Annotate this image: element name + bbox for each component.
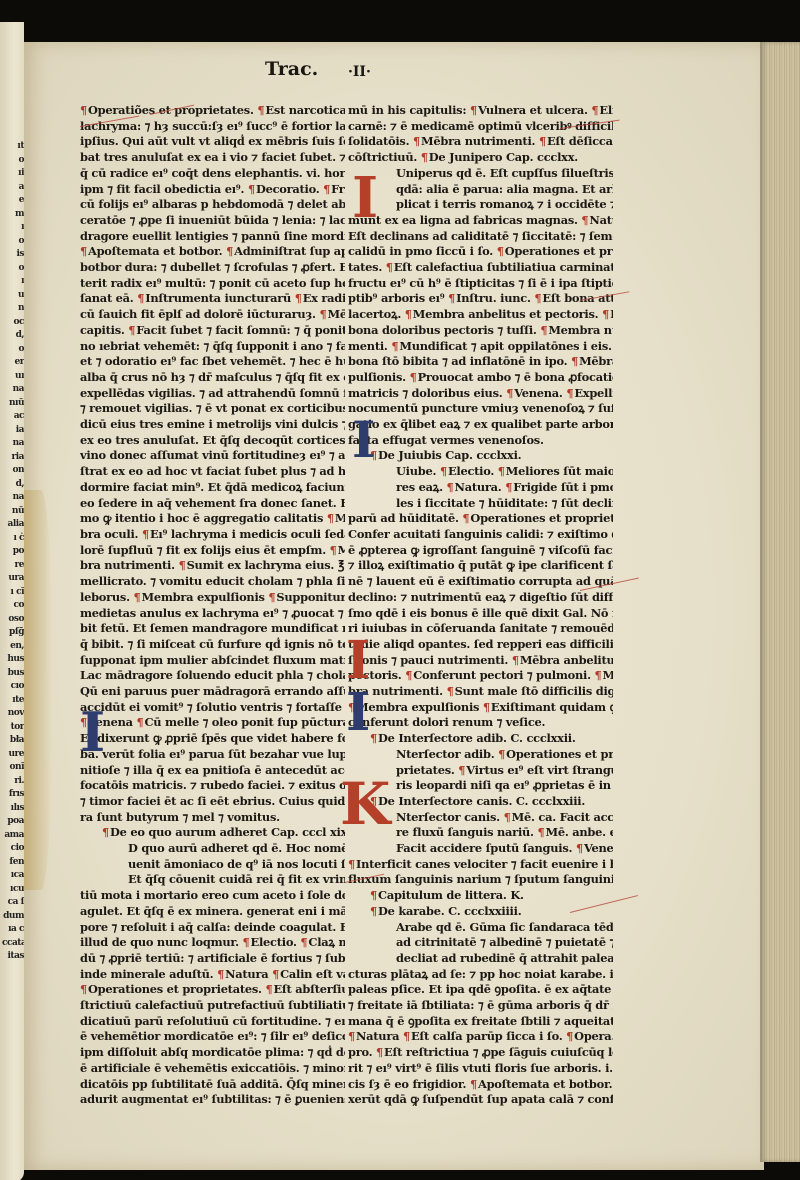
line-text: parū ad hūiditatē. ¶Operationes et propr…: [348, 511, 613, 525]
text-line: ex eo tres anuluſat. Et q̄ſq decoqūt cor…: [80, 433, 345, 449]
pilcrow-icon: ¶: [295, 291, 302, 305]
fragment-text: nŭ: [2, 505, 24, 519]
pilcrow-icon: ¶: [391, 339, 398, 353]
line-text: dicatiuū parū reſolutiuū cū fortitudine.…: [80, 1014, 345, 1028]
text-line: bona doloribus pectoris ⁊ tuſſi. ¶Membra…: [348, 323, 613, 339]
line-text: pectoris. ¶Conferunt pectori ⁊ pulmoni. …: [348, 668, 613, 682]
running-head-title: Trac.: [265, 58, 318, 80]
line-text: De karabe. C. ccclxxiiii.: [378, 904, 521, 918]
line-text: fructu eı⁹ cū h⁹ ē ſtipticitas ⁊ ſi ē i …: [348, 276, 613, 290]
fragment-text: ıa c: [2, 923, 24, 937]
line-text: dicatōis pp ſubtilitatē ſuā additā. Q̄ſq…: [80, 1077, 345, 1091]
line-text: Confer acuitati ſanguinis calidi: ⁊ exiſ…: [348, 527, 613, 541]
fragment-text: na: [2, 383, 24, 397]
text-line: ⁊ timor faciei ēt ac ſi eēt ebrius. Cuiu…: [80, 794, 345, 810]
line-text: q̄ cū radice eı⁹ coq̄t dens elephantis. …: [80, 166, 345, 180]
fragment-text: on: [2, 464, 24, 478]
pilcrow-icon: ¶: [370, 731, 377, 745]
pilcrow-icon: ¶: [102, 825, 109, 839]
chapter-heading: ¶De eo quo aurum adheret Cap. cccl xix.: [80, 825, 345, 841]
pilcrow-icon: ¶: [330, 543, 337, 557]
line-text: alba q̄ crus nō hȝ ⁊ dr̄ maſculus ⁊ q̄ſq…: [80, 370, 345, 384]
pilcrow-icon: ¶: [348, 1029, 355, 1043]
line-text: ſupponat ipm mulier abſcindet fluxum mat…: [80, 653, 345, 667]
line-text: tudie aliqd opantes. ſed repperi eas dif…: [348, 637, 613, 651]
fragment-text: d,: [2, 478, 24, 492]
line-text: ex eo tres anuluſat. Et q̄ſq decoqūt cor…: [80, 433, 345, 447]
pilcrow-icon: ¶: [462, 511, 469, 525]
pilcrow-icon: ¶: [506, 386, 513, 400]
fragment-text: onĭ: [2, 761, 24, 775]
line-text: nocumentū puncture vmiuȝ venenoſoꝝ ⁊ ſuf…: [348, 401, 613, 415]
line-text: lorē ſupfluū ⁊ fit ex folijs eius ēt emp…: [80, 543, 345, 557]
line-text: bit fetū. Et ſemen mandragore mundificat…: [80, 621, 345, 635]
initial-k-red-karabe: K: [340, 770, 390, 838]
left-page-text-fragments: ıtoıiaemıoisoıunocd,oeruınanıŭacianariao…: [2, 140, 24, 964]
fragment-text: co: [2, 599, 24, 613]
initial-i-blue-aurum: I: [80, 700, 105, 764]
text-line: xerūt qdā ꝙ ſuſpendūt ſup apata calā ⁊ c…: [348, 1092, 613, 1108]
pilcrow-icon: ¶: [497, 244, 504, 258]
text-line: facta effugat vermes venenoſos.: [348, 433, 613, 449]
text-line: Et q̄ſq cōuenit cuidā rei q̄ fit ex vrin…: [80, 872, 345, 888]
text-line: Nterſector adib. ¶Operationes et pro: [348, 747, 613, 763]
pilcrow-icon: ¶: [128, 323, 135, 337]
text-line: Arabe qd ē. Gūma ſic ſandaraca tēdens: [348, 920, 613, 936]
folio-number: ·II·: [348, 64, 371, 80]
fragment-text: ac: [2, 410, 24, 424]
text-line: Uniperus qd ē. Eſt cupſſus ſilueſtris ⁊ …: [348, 166, 613, 182]
fragment-text: ri.: [2, 775, 24, 789]
pilcrow-icon: ¶: [142, 527, 149, 541]
line-text: ſanat eā. ¶Inſtrumenta iuncturarū ¶Ex ra…: [80, 291, 345, 305]
line-text: Lac mādragore ſoluendo educit phla ⁊ cho…: [80, 668, 345, 682]
text-line: ⁊ freitate iā ſbtiliata: ⁊ ē gūma arbori…: [348, 998, 613, 1014]
line-text: bra oculi. ¶Eı⁹ lachryma i medicis oculi…: [80, 527, 345, 541]
line-text: rit ⁊ eı⁹ virt⁹ ē ſilis vtuti floris ſue…: [348, 1061, 613, 1075]
fragment-text: tor: [2, 721, 24, 735]
pilcrow-icon: ¶: [458, 763, 465, 777]
pilcrow-icon: ¶: [539, 134, 546, 148]
fragment-text: uı: [2, 370, 24, 384]
line-text: De eo quo aurum adheret Cap. cccl xix.: [110, 825, 345, 839]
fragment-text: a: [2, 181, 24, 195]
text-line: Et dixerunt ꝙ ꝓpriē ſpēs que videt haber…: [80, 731, 345, 747]
line-text: xerūt qdā ꝙ ſuſpendūt ſup apata calā ⁊ c…: [348, 1092, 613, 1106]
text-line: q̄ cū radice eı⁹ coq̄t dens elephantis. …: [80, 166, 345, 182]
book-page-edges: [760, 42, 800, 1162]
pilcrow-icon: ¶: [470, 1077, 477, 1091]
text-line: nitioſe ⁊ illa q̄ ex ea pnitioſa ē antec…: [80, 763, 345, 779]
line-text: matricis ⁊ doloribus eius. ¶Venena. ¶Exp…: [348, 386, 613, 400]
text-line: mellicrato. ⁊ vomitu educit cholam ⁊ phl…: [80, 574, 345, 590]
line-text: ⁊ remouet vigilias. ⁊ ē vt ponat ex cort…: [80, 401, 345, 415]
pilcrow-icon: ¶: [226, 244, 233, 258]
fragment-text: alia: [2, 518, 24, 532]
text-line: ē artificiale ē vehemētis exiccatiōis. ⁊…: [80, 1061, 345, 1077]
line-text: Nterſector canis. ¶Mē. ca. Facit accide: [396, 810, 613, 824]
text-line: leborus. ¶Membra expulſionis ¶Supponitur: [80, 590, 345, 606]
text-line: Facit accidere ſputū ſanguis. ¶Venena.: [348, 841, 613, 857]
fragment-text: cıo: [2, 680, 24, 694]
initial-i-blue-intersector-canis: I: [346, 682, 370, 743]
text-line: calidū in pmo ſiccū i ſo. ¶Operationes e…: [348, 244, 613, 260]
text-line: ¶Operationes et proprietates. ¶Eſt abſte…: [80, 982, 345, 998]
line-text: prietates. ¶Virtus eı⁹ eſt virt ſtrangul…: [396, 763, 613, 777]
text-line: inde minerale aduſtū. ¶Natura ¶Calin eſt…: [80, 967, 345, 983]
pilcrow-icon: ¶: [421, 150, 428, 164]
fragment-text: ı: [2, 275, 24, 289]
text-line: eo ſedere in aq̄ vehement ſra donec ſane…: [80, 496, 345, 512]
line-text: cū ſauich fit ēplſ ad dolorē iūcturaruȝ.…: [80, 307, 345, 321]
text-line: pro. ¶Eſt reſtrictiua ⁊ ꝓpe ſāguis cuiuſ…: [348, 1045, 613, 1061]
line-text: paleas pſice. Et ipa qdē ꝯpoſita. ē ex a…: [348, 982, 613, 996]
line-text: q̄ bibit. ⁊ ſi miſceat cū furfure qḋ ign…: [80, 637, 345, 651]
line-text: cū folijs eı⁹ albaras p hebdomodā ⁊ dele…: [80, 197, 345, 211]
fragment-text: poa: [2, 815, 24, 829]
line-text: ſtionis ⁊ pauci nutrimenti. ¶Mēbra anbel…: [348, 653, 613, 667]
text-line: cū ſauich fit ēplſ ad dolorē iūcturaruȝ.…: [80, 307, 345, 323]
line-text: Operatiões et proprietates. ¶Est narcoti…: [88, 103, 345, 117]
pilcrow-icon: ¶: [413, 134, 420, 148]
text-line: bat tres anuluſat ex ea i vio ⁊ faciet ſ…: [80, 150, 345, 166]
fragment-text: e: [2, 194, 24, 208]
pilcrow-icon: ¶: [370, 904, 377, 918]
pilcrow-icon: ¶: [243, 935, 250, 949]
line-text: conferunt dolori renum ⁊ veſice.: [348, 715, 545, 729]
text-line: qdā: alia ē parua: alia magna. Et arbor …: [348, 182, 613, 198]
fragment-text: ı: [2, 221, 24, 235]
line-text: pulſionis. ¶Prouocat ambo ⁊ ē bona ꝓfoca…: [348, 370, 613, 384]
line-text: ſolidatōis. ¶Mēbra nutrimenti. ¶Eſt dēſi…: [348, 134, 613, 148]
fragment-text: d,: [2, 329, 24, 343]
pilcrow-icon: ¶: [265, 982, 272, 996]
line-text: bra nutrimenti. ¶Sumit ex lachryma eius.…: [80, 558, 345, 572]
fragment-text: nov: [2, 707, 24, 721]
line-text: ē vehemētior mordicatōe eı⁹: ⁊ ſilr eı⁹ …: [80, 1029, 345, 1043]
pilcrow-icon: ¶: [300, 935, 307, 949]
line-text: lachryma: ⁊ hȝ succū:ſȝ eı⁹ ſucc⁹ ē fort…: [80, 119, 345, 133]
text-line: bona ſtō bibita ⁊ ad inflatōnē in ipo. ¶…: [348, 354, 613, 370]
text-line: ſmo qdē i eis bonus ē ille quē dixit Gal…: [348, 606, 613, 622]
text-line: nē ⁊ lauent eū ē exiſtimatio corrupta ad…: [348, 574, 613, 590]
text-line: D quo aurū adheret qd ē. Hoc nomē cō: [80, 841, 345, 857]
text-line: ¶Venena ¶Cū melle ⁊ oleo ponit ſup pūctu…: [80, 715, 345, 731]
text-line: ipm diſſoluit abſq mordicatōe plima: ⁊ q…: [80, 1045, 345, 1061]
line-text: ⁊ illoꝝ exiſtimatio q̄ putāt ꝙ ipe clari…: [348, 558, 613, 572]
text-line: cis ſȝ ē eo frigidior. ¶Apoſtemata et bo…: [348, 1077, 613, 1093]
text-line: ipm ⁊ fit facil obedictia eı⁹. ¶Decorati…: [80, 182, 345, 198]
initial-i-blue-iuiube: I: [352, 410, 375, 469]
pilcrow-icon: ¶: [602, 307, 609, 321]
fragment-text: o: [2, 343, 24, 357]
line-text: res eaꝝ. ¶Natura. ¶Frigide ſūt i pmo eq̄: [396, 480, 613, 494]
line-text: declino: ⁊ nutrimentū eaꝝ ⁊ digeſtio ſūt…: [348, 590, 613, 604]
text-line: cturas plātaꝝ ad ſe: ⁊ pp hoc noiat kara…: [348, 967, 613, 983]
pilcrow-icon: ¶: [447, 480, 454, 494]
fragment-text: pſḡ: [2, 626, 24, 640]
line-text: expellēdas vigilias. ⁊ ad attrahendū ſom…: [80, 386, 345, 400]
line-text: cturas plātaꝝ ad ſe: ⁊ pp hoc noiat kara…: [348, 967, 613, 981]
pilcrow-icon: ¶: [566, 386, 573, 400]
line-text: terit radix eı⁹ multū: ⁊ ponit cū aceto …: [80, 276, 345, 290]
text-line: bit fetū. Et ſemen mandragore mundificat…: [80, 621, 345, 637]
pilcrow-icon: ¶: [134, 590, 141, 604]
line-text: cōſtrictiuū. ¶De Junipero Cap. ccclxx.: [348, 150, 578, 164]
line-text: ipm diſſoluit abſq mordicatōe plima: ⁊ q…: [80, 1045, 345, 1059]
line-text: Interficit canes velociter ⁊ facit eueni…: [356, 857, 613, 871]
text-line: ſupponat ipm mulier abſcindet fluxum mat…: [80, 653, 345, 669]
line-text: vino donec aſſumat vinū fortitudineȝ eı⁹…: [80, 448, 345, 462]
line-text: accidūt ei vomit⁹ ⁊ ſolutio ventris ⁊ fo…: [80, 700, 345, 714]
text-line: bra nutrimenti. ¶Sunt male ſtō difficili…: [348, 684, 613, 700]
line-text: capitis. ¶Facit ſubet ⁊ facit ſomnū: ⁊ q…: [80, 323, 345, 337]
line-text: facta effugat vermes venenoſos.: [348, 433, 544, 447]
text-line: declino: ⁊ nutrimentū eaꝝ ⁊ digeſtio ſūt…: [348, 590, 613, 606]
text-column-right: mū in his capitulis: ¶Vulnera et ulcera.…: [348, 103, 613, 1108]
text-line: lorē ſupfluū ⁊ fit ex folijs eius ēt emp…: [80, 543, 345, 559]
line-text: calidū in pmo ſiccū i ſo. ¶Operationes e…: [348, 244, 613, 258]
line-text: ſtrictiuū calefactiuū putrefactiuū ſubti…: [80, 998, 345, 1012]
text-line: pulſionis. ¶Prouocat ambo ⁊ ē bona ꝓfoca…: [348, 370, 613, 386]
text-line: ipſius. Qui aūt vult vt aliqḋ ex mēbris …: [80, 134, 345, 150]
pilcrow-icon: ¶: [483, 700, 490, 714]
pilcrow-icon: ¶: [136, 715, 143, 729]
pilcrow-icon: ¶: [327, 511, 334, 525]
pilcrow-icon: ¶: [405, 307, 412, 321]
line-text: uenit āmoniaco de q⁹ iā nos locuti ſuim⁹…: [128, 857, 345, 871]
text-line: q̄ bibit. ⁊ ſi miſceat cū furfure qḋ ign…: [80, 637, 345, 653]
text-line: ¶Apoſtemata et botbor. ¶Adminiſtrat ſup …: [80, 244, 345, 260]
fragment-text: re: [2, 559, 24, 573]
line-text: tates. ¶Eſt calefactiua ſubtiliatiua car…: [348, 260, 613, 274]
line-text: Qū eni paruus puer mādragorā errando aſſ…: [80, 684, 345, 698]
fragment-text: nıŭ: [2, 397, 24, 411]
fragment-text: hus: [2, 653, 24, 667]
line-text: dormire faciat min⁹. Et q̄dā medicoꝝ fac…: [80, 480, 345, 494]
pilcrow-icon: ¶: [248, 182, 255, 196]
text-line: ſtrat ex eo ad hoc vt faciat ſubet plus …: [80, 464, 345, 480]
text-line: bra oculi. ¶Eı⁹ lachryma i medicis oculi…: [80, 527, 345, 543]
line-text: mana q̄ ē ꝯpoſita ex freitate ſbtili ⁊ a…: [348, 1014, 613, 1028]
line-text: Arabe qd ē. Gūma ſic ſandaraca tēdens: [396, 920, 613, 934]
line-text: Operationes et proprietates. ¶Eſt abſter…: [88, 982, 345, 996]
line-text: ſtrat ex eo ad hoc vt faciat ſubet plus …: [80, 464, 345, 478]
fragment-text: ia: [2, 424, 24, 438]
line-text: bona ſtō bibita ⁊ ad inflatōnē in ipo. ¶…: [348, 354, 613, 368]
fragment-text: ı cĭ: [2, 586, 24, 600]
line-text: no ıebriat vehemēt: ⁊ q̄ſq ſupponit i an…: [80, 339, 345, 353]
text-line: ad citrinitatē ⁊ albedinē ⁊ puietatē ⁊ q…: [348, 935, 613, 951]
pilcrow-icon: ¶: [440, 464, 447, 478]
line-text: menti. ¶Mundificat ⁊ apit oppilatōnes i …: [348, 339, 613, 353]
line-text: ſmo qdē i eis bonus ē ille quē dixit Gal…: [348, 606, 613, 620]
line-text: ⁊ freitate iā ſbtiliata: ⁊ ē gūma arbori…: [348, 998, 613, 1012]
line-text: De Interſectore canis. C. ccclxxiii.: [378, 794, 585, 808]
text-line: mana q̄ ē ꝯpoſita ex freitate ſbtili ⁊ a…: [348, 1014, 613, 1030]
chapter-heading: ¶De Juiubis Cap. ccclxxi.: [348, 448, 613, 464]
line-text: Capitulum de littera. K.: [378, 888, 524, 902]
text-line: ſanat eā. ¶Inſtrumenta iuncturarū ¶Ex ra…: [80, 291, 345, 307]
pilcrow-icon: ¶: [571, 354, 578, 368]
line-text: focatōis matricis. ⁊ rubedo faciei. ⁊ ex…: [80, 778, 345, 792]
line-text: ipſius. Qui aūt vult vt aliqḋ ex mēbris …: [80, 134, 345, 148]
text-line: adurit augmentat eı⁹ ſubtilitas: ⁊ ē ꝑue…: [80, 1092, 345, 1108]
fragment-text: u: [2, 289, 24, 303]
pilcrow-icon: ¶: [403, 1029, 410, 1043]
line-text: ba. verūt folia eı⁹ parua ſūt bezahar vu…: [80, 747, 345, 761]
chapter-heading: ¶De Interſectore adib. C. ccclxxii.: [348, 731, 613, 747]
pilcrow-icon: ¶: [410, 370, 417, 384]
text-line: menti. ¶Mundificat ⁊ apit oppilatōnes i …: [348, 339, 613, 355]
text-line: ſolidatōis. ¶Mēbra nutrimenti. ¶Eſt dēſi…: [348, 134, 613, 150]
text-line: mo ꝙ itentio i hoc ē aggregatio calitati…: [80, 511, 345, 527]
line-text: Venena ¶Cū melle ⁊ oleo ponit ſup pūctur…: [88, 715, 345, 729]
line-text: munt ex ea ligna ad fabricas magnas. ¶Na…: [348, 213, 613, 227]
line-text: adurit augmentat eı⁹ ſubtilitas: ⁊ ē ꝑue…: [80, 1092, 345, 1106]
text-line: pectoris. ¶Conferunt pectori ⁊ pulmoni. …: [348, 668, 613, 684]
text-line: Eſt declinans ad caliditatē ⁊ ſiccitatē:…: [348, 229, 613, 245]
pilcrow-icon: ¶: [498, 747, 505, 761]
pilcrow-icon: ¶: [595, 668, 602, 682]
line-text: botbor dura: ⁊ dubellet ⁊ ſcrofulas ⁊ ꝓf…: [80, 260, 345, 274]
pilcrow-icon: ¶: [504, 810, 511, 824]
fragment-text: frıs: [2, 788, 24, 802]
line-text: pore ⁊ reſoluit i aq̄ calſa: deinde coag…: [80, 920, 345, 934]
line-text: tiū mota i mortario ereo cum aceto i ſol…: [80, 888, 345, 902]
line-text: inde minerale aduſtū. ¶Natura ¶Calin eſt…: [80, 967, 345, 981]
text-line: focatōis matricis. ⁊ rubedo faciei. ⁊ ex…: [80, 778, 345, 794]
text-line: accidūt ei vomit⁹ ⁊ ſolutio ventris ⁊ fo…: [80, 700, 345, 716]
text-line: dragore euellit lentigies ⁊ pannū ſine m…: [80, 229, 345, 245]
line-text: ⁊ timor faciei ēt ac ſi eēt ebrius. Cuiu…: [80, 794, 345, 808]
line-text: ē ꝓpterea ꝙ igroſſant ſanguinē ⁊ viſcoſū…: [348, 543, 613, 557]
text-line: cōſtrictiuū. ¶De Junipero Cap. ccclxx.: [348, 150, 613, 166]
line-text: ptib⁹ arboris eı⁹ ¶Inſtru. iunc. ¶Eſt bo…: [348, 291, 613, 305]
text-line: dormire faciat min⁹. Et q̄dā medicoꝝ fac…: [80, 480, 345, 496]
fragment-text: ure: [2, 748, 24, 762]
line-text: Nterſector adib. ¶Operationes et pro: [396, 747, 613, 761]
pilcrow-icon: ¶: [498, 464, 505, 478]
text-line: lachryma: ⁊ hȝ succū:ſȝ eı⁹ ſucc⁹ ē fort…: [80, 119, 345, 135]
fragment-text: ca ſ: [2, 896, 24, 910]
text-line: ſtionis ⁊ pauci nutrimenti. ¶Mēbra anbel…: [348, 653, 613, 669]
fragment-text: fen: [2, 856, 24, 870]
pilcrow-icon: ¶: [448, 291, 455, 305]
pilcrow-icon: ¶: [470, 103, 477, 117]
pilcrow-icon: ¶: [257, 103, 264, 117]
fragment-text: ria: [2, 451, 24, 465]
line-text: De Juiubis Cap. ccclxxi.: [378, 448, 521, 462]
fragment-text: bła: [2, 734, 24, 748]
text-line: mū in his capitulis: ¶Vulnera et ulcera.…: [348, 103, 613, 119]
pilcrow-icon: ¶: [348, 857, 355, 871]
text-line: Qū eni paruus puer mādragorā errando aſſ…: [80, 684, 345, 700]
pilcrow-icon: ¶: [137, 291, 144, 305]
line-text: cis ſȝ ē eo frigidior. ¶Apoſtemata et bo…: [348, 1077, 613, 1091]
fragment-text: cio: [2, 842, 24, 856]
left-page-edge: ıtoıiaemıoisoıunocd,oeruınanıŭacianariao…: [0, 22, 24, 1180]
text-line: ¶Membra expulſionis ¶Exiſtimant quidam ꝙ: [348, 700, 613, 716]
fragment-text: ıte: [2, 694, 24, 708]
text-line: res eaꝝ. ¶Natura. ¶Frigide ſūt i pmo eq̄: [348, 480, 613, 496]
line-text: ceratōe ⁊ ꝓpe ſi inueniūt būida ⁊ lenia:…: [80, 213, 345, 227]
line-text: nitioſe ⁊ illa q̄ ex ea pnitioſa ē antec…: [80, 763, 345, 777]
text-line: ceratōe ⁊ ꝓpe ſi inueniūt būida ⁊ lenia:…: [80, 213, 345, 229]
pilcrow-icon: ¶: [512, 653, 519, 667]
text-line: et ⁊ odoratio eı⁹ fac ſbet vehemēt. ⁊ he…: [80, 354, 345, 370]
line-text: medietas anulus ex lachryma eı⁹ ⁊ ꝓuocat…: [80, 606, 345, 620]
line-text: dragore euellit lentigies ⁊ pannū ſine m…: [80, 229, 345, 243]
text-line: conferunt dolori renum ⁊ veſice.: [348, 715, 613, 731]
line-text: les i ſiccitate ⁊ hūiditate: ⁊ ſūt decli…: [396, 496, 613, 510]
pilcrow-icon: ¶: [534, 291, 541, 305]
pilcrow-icon: ¶: [405, 668, 412, 682]
line-text: nē ⁊ lauent eū ē exiſtimatio corrupta ad…: [348, 574, 613, 588]
line-text: bona doloribus pectoris ⁊ tuſſi. ¶Membra…: [348, 323, 613, 337]
pilcrow-icon: ¶: [319, 307, 326, 321]
fragment-text: oso: [2, 613, 24, 627]
text-line: dicatōis pp ſubtilitatē ſuā additā. Q̄ſq…: [80, 1077, 345, 1093]
line-text: Et q̄ſq cōuenit cuidā rei q̄ fit ex vrin…: [128, 872, 345, 886]
line-text: ri iuiubas in cōſeruanda ſanitate ⁊ remo…: [348, 621, 613, 635]
pilcrow-icon: ¶: [540, 323, 547, 337]
text-line: botbor dura: ⁊ dubellet ⁊ ſcrofulas ⁊ ꝓf…: [80, 260, 345, 276]
line-text: mo ꝙ itentio i hoc ē aggregatio calitati…: [80, 511, 345, 525]
pilcrow-icon: ¶: [576, 841, 583, 855]
pilcrow-icon: ¶: [505, 480, 512, 494]
text-line: ē ꝓpterea ꝙ igroſſant ſanguinē ⁊ viſcoſū…: [348, 543, 613, 559]
text-line: lacertoꝝ. ¶Membra anbelitus et pectoris.…: [348, 307, 613, 323]
text-line: plicat i terris romanoꝝ ⁊ i occidēte ⁊ a…: [348, 197, 613, 213]
text-line: no ıebriat vehemēt: ⁊ q̄ſq ſupponit i an…: [80, 339, 345, 355]
fragment-text: en,: [2, 640, 24, 654]
text-line: capitis. ¶Facit ſubet ⁊ facit ſomnū: ⁊ q…: [80, 323, 345, 339]
text-line: paleas pſice. Et ipa qdē ꝯpoſita. ē ex a…: [348, 982, 613, 998]
fragment-text: oc: [2, 316, 24, 330]
text-line: agulet. Et q̄ſq ē ex minera. generat eni…: [80, 904, 345, 920]
text-line: ptib⁹ arboris eı⁹ ¶Inſtru. iunc. ¶Eſt bo…: [348, 291, 613, 307]
pilcrow-icon: ¶: [581, 213, 588, 227]
pilcrow-icon: ¶: [272, 967, 279, 981]
line-text: pro. ¶Eſt reſtrictiua ⁊ ꝓpe ſāguis cuiuſ…: [348, 1045, 613, 1059]
pilcrow-icon: ¶: [376, 1045, 383, 1059]
text-line: alba q̄ crus nō hȝ ⁊ dr̄ maſculus ⁊ q̄ſq…: [80, 370, 345, 386]
line-text: et ⁊ odoratio eı⁹ fac ſbet vehemēt. ⁊ he…: [80, 354, 345, 368]
text-line: rit ⁊ eı⁹ virt⁹ ē ſilis vtuti floris ſue…: [348, 1061, 613, 1077]
text-line: ra ſunt butyrum ⁊ mel ⁊ vomitus.: [80, 810, 345, 826]
text-line: pore ⁊ reſoluit i aq̄ calſa: deinde coag…: [80, 920, 345, 936]
initial-i-red-juniperus: I: [352, 165, 378, 231]
line-text: Et dixerunt ꝙ ꝓpriē ſpēs que videt haber…: [80, 731, 345, 745]
line-text: leborus. ¶Membra expulſionis ¶Supponitur: [80, 590, 345, 604]
text-line: dicū eius tres emine i metrolijs vini du…: [80, 417, 345, 433]
pilcrow-icon: ¶: [268, 590, 275, 604]
fragment-text: ıcu: [2, 883, 24, 897]
line-text: bat tres anuluſat ex ea i vio ⁊ faciet ſ…: [80, 150, 345, 164]
text-line: munt ex ea ligna ad fabricas magnas. ¶Na…: [348, 213, 613, 229]
text-line: ſtrictiuū calefactiuū putrefactiuū ſubti…: [80, 998, 345, 1014]
line-text: re fluxū ſanguis nariū. ¶Mē. anbe. et pe…: [396, 825, 613, 839]
text-line: ¶Interficit canes velociter ⁊ facit euen…: [348, 857, 613, 873]
line-text: mellicrato. ⁊ vomitu educit cholam ⁊ phl…: [80, 574, 345, 588]
text-line: uenit āmoniaco de q⁹ iā nos locuti ſuim⁹…: [80, 857, 345, 873]
fragment-text: na: [2, 491, 24, 505]
text-line: ⁊ illoꝝ exiſtimatio q̄ putāt ꝙ ipe clari…: [348, 558, 613, 574]
fragment-text: itas: [2, 950, 24, 964]
fragment-text: na: [2, 437, 24, 451]
pilcrow-icon: ¶: [537, 825, 544, 839]
